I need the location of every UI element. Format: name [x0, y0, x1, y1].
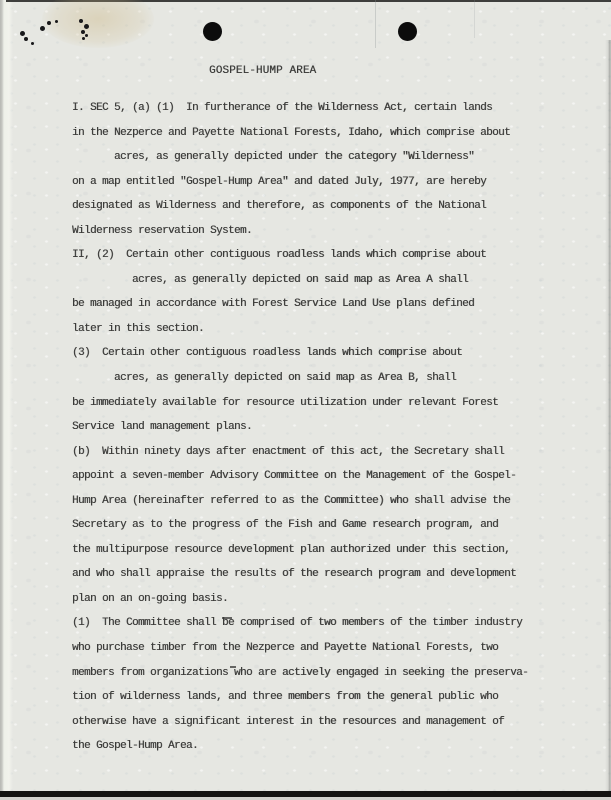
scan-left-edge: [0, 0, 13, 800]
doc-line: acres, as generally depicted on said map…: [72, 366, 572, 391]
doc-line: members from organizations who are activ…: [72, 661, 572, 686]
doc-line: later in this section.: [72, 317, 572, 342]
doc-line: I. SEC 5, (a) (1) In furtherance of the …: [72, 96, 572, 121]
doc-line: Hump Area (hereinafter referred to as th…: [72, 489, 572, 514]
ink-speck: [81, 30, 85, 34]
ink-speck: [40, 26, 45, 31]
doc-line: (b) Within ninety days after enactment o…: [72, 440, 572, 465]
punch-hole: [398, 22, 417, 41]
ink-speck: [79, 19, 83, 23]
doc-line: designated as Wilderness and therefore, …: [72, 194, 572, 219]
doc-line: Secretary as to the progress of the Fish…: [72, 513, 572, 538]
scan-right-edge: [605, 40, 611, 792]
doc-line: acres, as generally depicted on said map…: [72, 268, 572, 293]
document-title: GOSPEL-HUMP AREA: [209, 64, 316, 78]
punch-hole: [203, 22, 222, 41]
doc-line: acres, as generally depicted under the c…: [72, 145, 572, 170]
ink-speck: [82, 37, 85, 40]
doc-line: who purchase timber from the Nezperce an…: [72, 636, 572, 661]
doc-line: appoint a seven-member Advisory Committe…: [72, 464, 572, 489]
doc-line: the multipurpose resource development pl…: [72, 538, 572, 563]
ink-speck: [55, 20, 58, 23]
doc-line: plan on an on-going basis.: [72, 587, 572, 612]
scanned-document-page: GOSPEL-HUMP AREA I. SEC 5, (a) (1) In fu…: [0, 0, 611, 800]
doc-line: tion of wilderness lands, and three memb…: [72, 685, 572, 710]
doc-line: otherwise have a significant interest in…: [72, 710, 572, 735]
paper-crease: [375, 0, 376, 48]
doc-line: be managed in accordance with Forest Ser…: [72, 292, 572, 317]
doc-line: on a map entitled "Gospel-Hump Area" and…: [72, 170, 572, 195]
document-body: I. SEC 5, (a) (1) In furtherance of the …: [72, 96, 572, 759]
paper-crease: [474, 0, 475, 38]
ink-speck: [47, 21, 51, 25]
ink-speck: [24, 37, 28, 41]
ink-speck: [31, 42, 34, 45]
ink-speck: [84, 24, 89, 29]
doc-line: Service land management plans.: [72, 415, 572, 440]
ink-speck: [85, 34, 88, 37]
doc-line: II, (2) Certain other contiguous roadles…: [72, 243, 572, 268]
doc-line: the Gospel-Hump Area.: [72, 734, 572, 759]
stain-mark: [42, 0, 154, 48]
doc-line: be immediately available for resource ut…: [72, 391, 572, 416]
ink-speck: [20, 31, 25, 36]
doc-line: (3) Certain other contiguous roadless la…: [72, 341, 572, 366]
doc-line: in the Nezperce and Payette National For…: [72, 121, 572, 146]
doc-line: and who shall appraise the results of th…: [72, 562, 572, 587]
doc-line: (1) The Committee shall be comprised of …: [72, 611, 572, 636]
doc-line: Wilderness reservation System.: [72, 219, 572, 244]
